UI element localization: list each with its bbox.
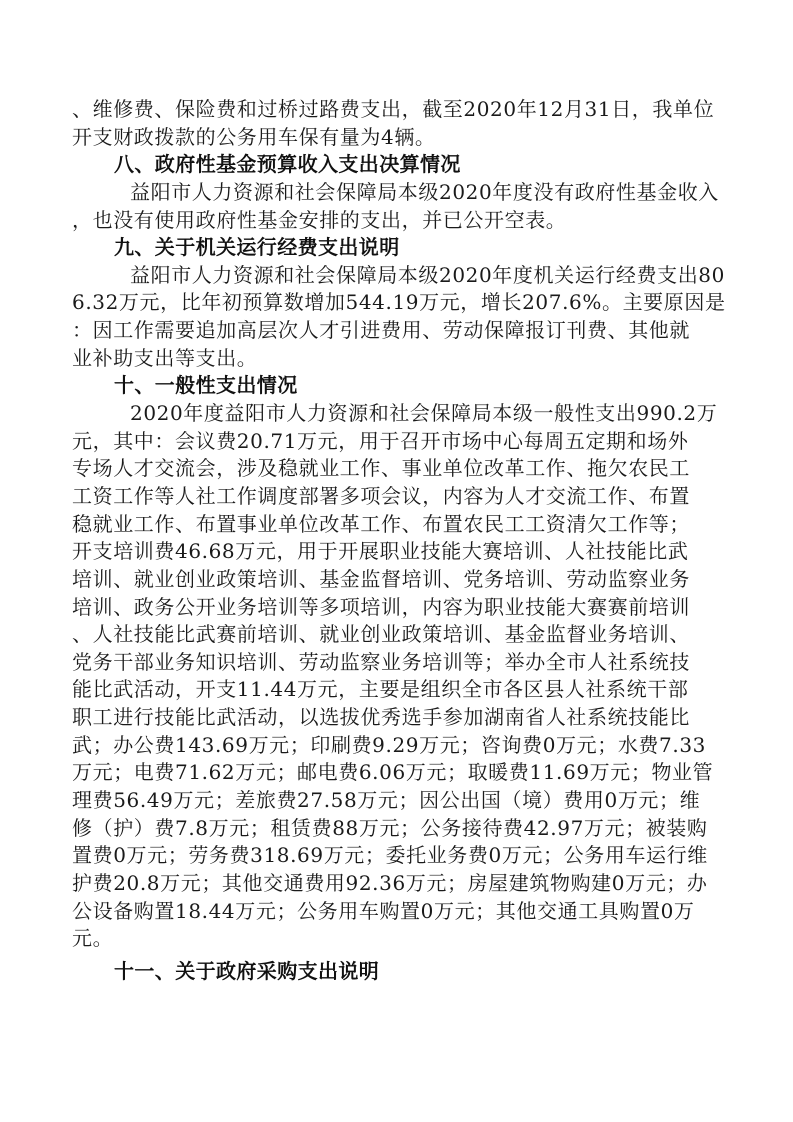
body-line: 职工进行技能比武活动，以选拔优秀选手参加湖南省人社系统技能比	[72, 704, 712, 732]
body-line: 修（护）费7.8万元；租赁费88万元；公务接待费42.97万元；被装购	[72, 815, 712, 843]
body-line: 、人社技能比武赛前培训、就业创业政策培训、基金监督业务培训、	[72, 621, 712, 649]
body-line: 培训、就业创业政策培训、基金监督培训、党务培训、劳动监察业务	[72, 566, 712, 594]
body-line: 武；办公费143.69万元；印刷费9.29万元；咨询费0万元；水费7.33	[72, 732, 712, 760]
body-line: ：因工作需要追加高层次人才引进费用、劳动保障报订刊费、其他就	[72, 317, 712, 345]
body-line: 开支财政拨款的公务用车保有量为4辆。	[72, 124, 712, 152]
section-heading-9: 九、关于机关运行经费支出说明	[72, 234, 712, 262]
paragraph-first-line: 2020年度益阳市人力资源和社会保障局本级一般性支出990.2万	[72, 400, 712, 428]
body-line: 稳就业工作、布置事业单位改革工作、布置农民工工资清欠工作等；	[72, 511, 712, 539]
body-line: 公设备购置18.44万元；公务用车购置0万元；其他交通工具购置0万	[72, 898, 712, 926]
body-line: ，也没有使用政府性基金安排的支出，并已公开空表。	[72, 207, 712, 235]
body-line: 培训、政务公开业务培训等多项培训，内容为职业技能大赛赛前培训	[72, 594, 712, 622]
body-line: 工资工作等人社工作调度部署多项会议，内容为人才交流工作、布置	[72, 483, 712, 511]
paragraph-first-line: 益阳市人力资源和社会保障局本级2020年度没有政府性基金收入	[72, 179, 712, 207]
body-line: 护费20.8万元；其他交通费用92.36万元；房屋建筑物购建0万元；办	[72, 870, 712, 898]
body-line: 党务干部业务知识培训、劳动监察业务培训等；举办全市人社系统技	[72, 649, 712, 677]
section-heading-10: 十、一般性支出情况	[72, 372, 712, 400]
body-line: 理费56.49万元；差旅费27.58万元；因公出国（境）费用0万元；维	[72, 787, 712, 815]
body-line: 开支培训费46.68万元，用于开展职业技能大赛培训、人社技能比武	[72, 538, 712, 566]
section-heading-11: 十一、关于政府采购支出说明	[72, 958, 712, 986]
paragraph-first-line: 益阳市人力资源和社会保障局本级2020年度机关运行经费支出80	[72, 262, 712, 290]
body-line: 、维修费、保险费和过桥过路费支出，截至2020年12月31日，我单位	[72, 96, 712, 124]
body-line: 能比武活动，开支11.44万元，主要是组织全市各区县人社系统干部	[72, 676, 712, 704]
section-heading-8: 八、政府性基金预算收入支出决算情况	[72, 151, 712, 179]
body-line: 专场人才交流会，涉及稳就业工作、事业单位改革工作、拖欠农民工	[72, 455, 712, 483]
body-line: 6.32万元，比年初预算数增加544.19万元，增长207.6%。主要原因是	[72, 289, 712, 317]
document-page: 、维修费、保险费和过桥过路费支出，截至2020年12月31日，我单位 开支财政拨…	[72, 96, 712, 986]
body-line: 元。	[72, 925, 712, 953]
body-line: 业补助支出等支出。	[72, 345, 712, 373]
body-line: 万元；电费71.62万元；邮电费6.06万元；取暖费11.69万元；物业管	[72, 759, 712, 787]
body-line: 置费0万元；劳务费318.69万元；委托业务费0万元；公务用车运行维	[72, 842, 712, 870]
body-line: 元，其中：会议费20.71万元，用于召开市场中心每周五定期和场外	[72, 428, 712, 456]
